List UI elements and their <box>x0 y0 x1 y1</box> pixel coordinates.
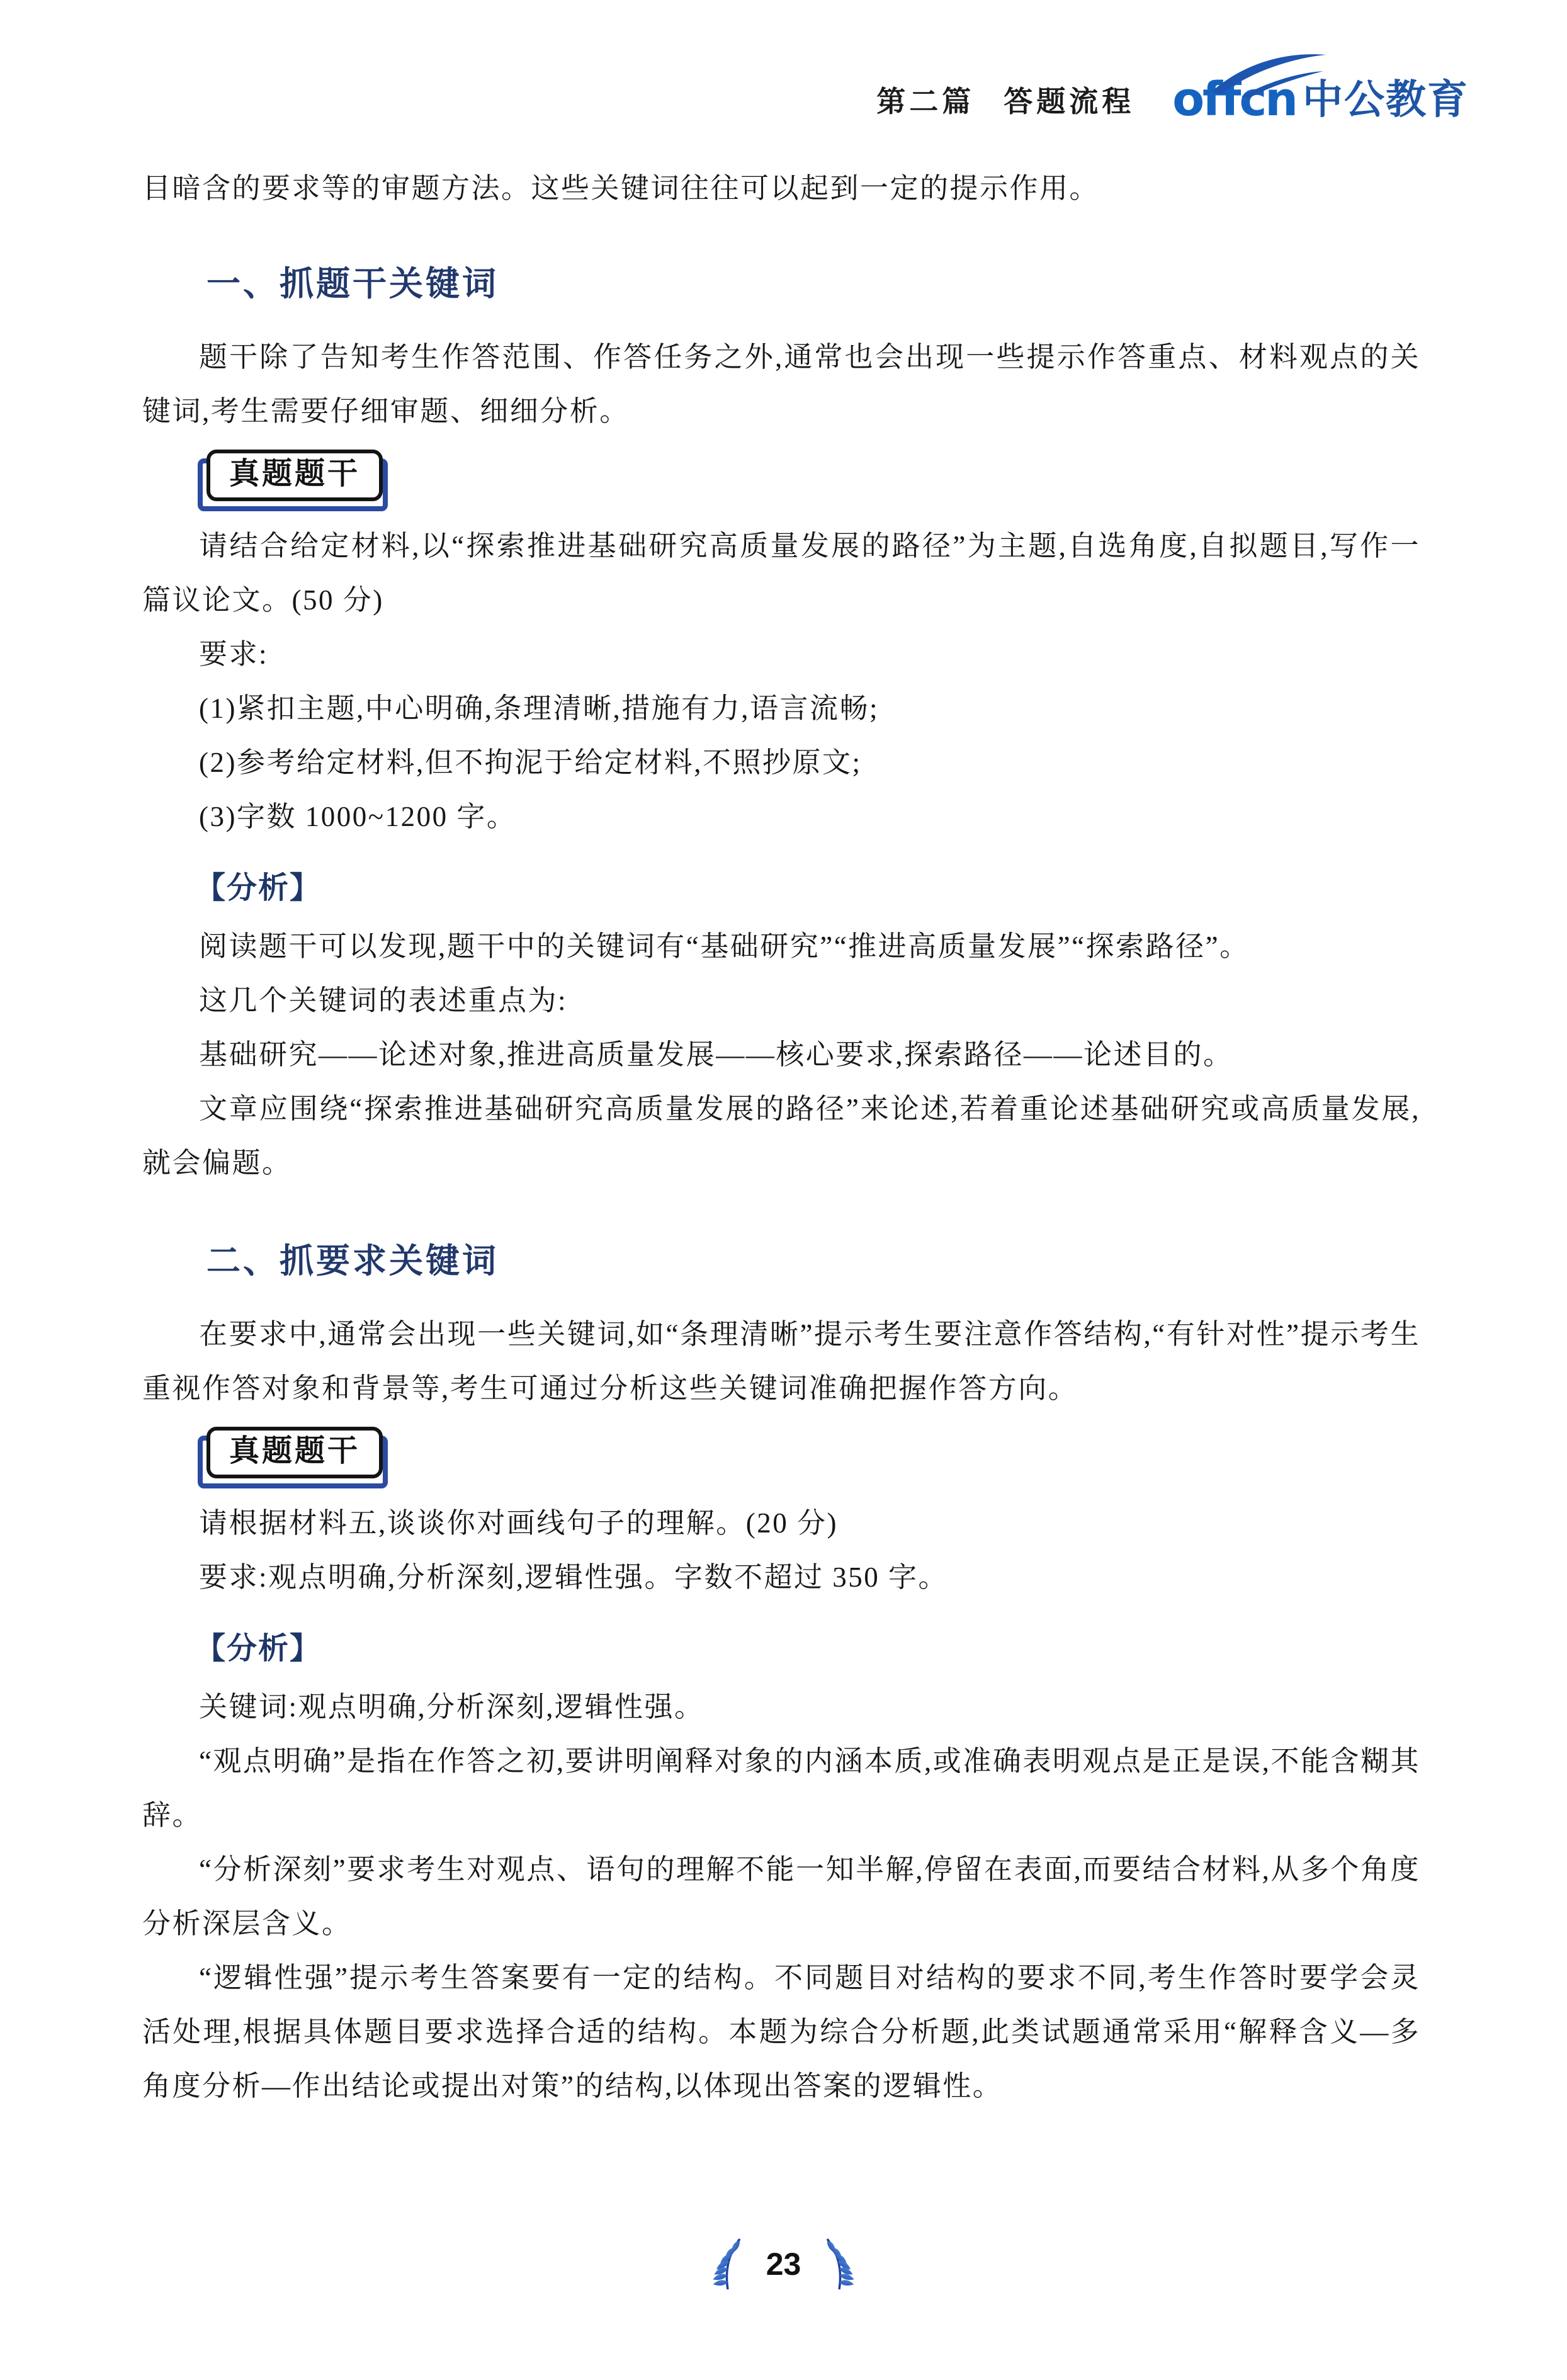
analysis-paragraph: “逻辑性强”提示考生答案要有一定的结构。不同题目对结构的要求不同,考生作答时要学… <box>142 1951 1420 2113</box>
laurel-left-icon <box>712 2236 745 2292</box>
analysis-paragraph: 文章应围绕“探索推进基础研究高质量发展的路径”来论述,若着重论述基础研究或高质量… <box>142 1082 1420 1190</box>
page-header: 第二篇 答题流程 offcn 中公教育 <box>876 74 1469 125</box>
exam-question-badge-row-1: 真题题干 <box>206 447 1420 500</box>
analysis-paragraph: 这几个关键词的表述重点为: <box>142 973 1420 1028</box>
analysis-label: 【分析】 <box>195 1627 1420 1671</box>
part-title: 答题流程 <box>1004 79 1134 120</box>
intro-paragraph: 目暗含的要求等的审题方法。这些关键词往往可以起到一定的提示作用。 <box>142 161 1420 215</box>
exam-question-badge-row-2: 真题题干 <box>206 1424 1420 1477</box>
question-paragraph: (1)紧扣主题,中心明确,条理清晰,措施有力,语言流畅; <box>142 681 1420 735</box>
question-paragraph: 请结合给定材料,以“探索推进基础研究高质量发展的路径”为主题,自选角度,自拟题目… <box>142 519 1420 627</box>
exam-question-badge: 真题题干 <box>206 447 383 501</box>
logo-swoosh-icon <box>1209 50 1328 101</box>
analysis-paragraph: 阅读题干可以发现,题干中的关键词有“基础研究”“推进高质量发展”“探索路径”。 <box>142 919 1420 973</box>
page-footer: 23 <box>0 2236 1567 2292</box>
analysis-paragraph: “观点明确”是指在作答之初,要讲明阐释对象的内涵本质,或准确表明观点是正是误,不… <box>142 1734 1420 1842</box>
section1-lead-paragraph: 题干除了告知考生作答范围、作答任务之外,通常也会出现一些提示作答重点、材料观点的… <box>142 330 1420 438</box>
question-paragraph: (3)字数 1000~1200 字。 <box>142 790 1420 844</box>
page-content: 目暗含的要求等的审题方法。这些关键词往往可以起到一定的提示作用。 一、抓题干关键… <box>142 161 1420 2113</box>
exam-question-badge-label: 真题题干 <box>206 1427 383 1478</box>
part-label: 第二篇 <box>876 79 975 120</box>
question-paragraph: 请根据材料五,谈谈你对画线句子的理解。(20 分) <box>142 1496 1420 1550</box>
section-heading-2: 二、抓要求关键词 <box>206 1243 1420 1279</box>
book-page: 第二篇 答题流程 offcn 中公教育 目暗含的要求等的审题方法。这些关键词往往… <box>0 0 1567 2380</box>
exam-question-badge-label: 真题题干 <box>206 450 383 501</box>
laurel-right-icon <box>822 2236 855 2292</box>
analysis-paragraph: 关键词:观点明确,分析深刻,逻辑性强。 <box>142 1680 1420 1734</box>
section2-lead-paragraph: 在要求中,通常会出现一些关键词,如“条理清晰”提示考生要注意作答结构,“有针对性… <box>142 1307 1420 1415</box>
logo-latin-wrap: offcn <box>1172 74 1296 125</box>
analysis-paragraph: “分析深刻”要求考生对观点、语句的理解不能一知半解,停留在表面,而要结合材料,从… <box>142 1842 1420 1951</box>
section-heading-1: 一、抓题干关键词 <box>206 266 1420 302</box>
analysis-paragraph: 基础研究——论述对象,推进高质量发展——核心要求,探索路径——论述目的。 <box>142 1028 1420 1082</box>
exam-question-badge: 真题题干 <box>206 1424 383 1478</box>
question-paragraph: (2)参考给定材料,但不拘泥于给定材料,不照抄原文; <box>142 735 1420 790</box>
analysis-label: 【分析】 <box>195 866 1420 910</box>
question-paragraph: 要求: <box>142 627 1420 681</box>
offcn-logo: offcn 中公教育 <box>1172 74 1469 125</box>
question-paragraph: 要求:观点明确,分析深刻,逻辑性强。字数不超过 350 字。 <box>142 1550 1420 1604</box>
page-number: 23 <box>766 2246 801 2282</box>
